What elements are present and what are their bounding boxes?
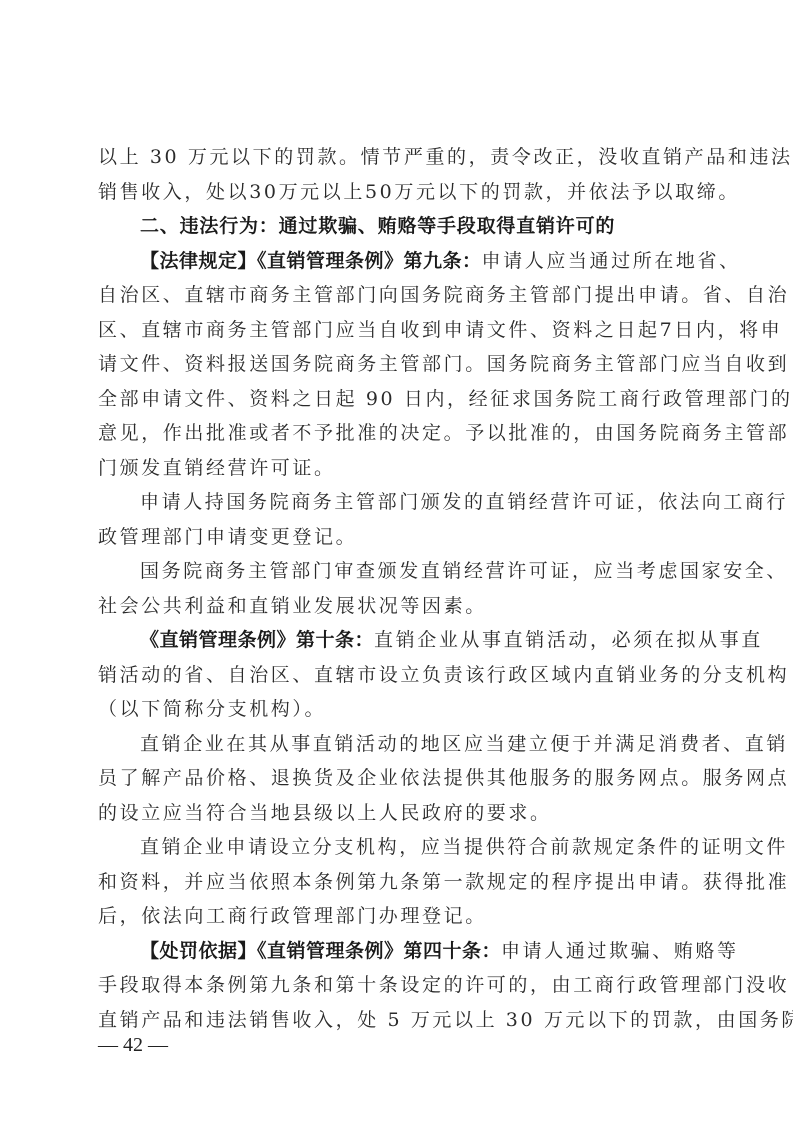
- text-line: 销售收入，处以30万元以上50万元以下的罚款，并依法予以取缔。: [98, 175, 702, 210]
- text-line: 区、直辖市商务主管部门应当自收到申请文件、资料之日起7日内，将申: [98, 313, 702, 348]
- bold-label: 【法律规定】《直销管理条例》第九条：: [140, 250, 482, 272]
- text-line: 【法律规定】《直销管理条例》第九条：申请人应当通过所在地省、: [98, 244, 702, 279]
- text-line: 自治区、直辖市商务主管部门向国务院商务主管部门提出申请。省、自治: [98, 278, 702, 313]
- text-line: （以下简称分支机构）。: [98, 692, 702, 727]
- text-line: 的设立应当符合当地县级以上人民政府的要求。: [98, 796, 702, 831]
- text-line: 请文件、资料报送国务院商务主管部门。国务院商务主管部门应当自收到: [98, 347, 702, 382]
- text-line: 【处罚依据】《直销管理条例》第四十条：申请人通过欺骗、贿赂等: [98, 934, 702, 969]
- text: 申请人通过欺骗、贿赂等: [501, 940, 739, 962]
- text-line: 以上 30 万元以下的罚款。情节严重的，责令改正，没收直销产品和违法: [98, 140, 702, 175]
- text-line: 员了解产品价格、退换货及企业依法提供其他服务的服务网点。服务网点: [98, 761, 702, 796]
- text-line: 国务院商务主管部门审查颁发直销经营许可证，应当考虑国家安全、: [98, 554, 702, 589]
- text-line: 社会公共利益和直销业发展状况等因素。: [98, 589, 702, 624]
- text-line: 手段取得本条例第九条和第十条设定的许可的，由工商行政管理部门没收: [98, 968, 702, 1003]
- text: 申请人应当通过所在地省、: [482, 250, 741, 272]
- document-page: 以上 30 万元以下的罚款。情节严重的，责令改正，没收直销产品和违法 销售收入，…: [98, 140, 702, 1037]
- text-line: 《直销管理条例》第十条：直销企业从事直销活动，必须在拟从事直: [98, 623, 702, 658]
- text-line: 销活动的省、自治区、直辖市设立负责该行政区域内直销业务的分支机构: [98, 658, 702, 693]
- section-heading: 二、违法行为：通过欺骗、贿赂等手段取得直销许可的: [98, 209, 702, 244]
- bold-label: 《直销管理条例》第十条：: [140, 629, 374, 651]
- page-number: — 42 —: [98, 1034, 168, 1057]
- text-line: 全部申请文件、资料之日起 90 日内，经征求国务院工商行政管理部门的: [98, 382, 702, 417]
- text-line: 意见，作出批准或者不予批准的决定。予以批准的，由国务院商务主管部: [98, 416, 702, 451]
- text-line: 直销企业在其从事直销活动的地区应当建立便于并满足消费者、直销: [98, 727, 702, 762]
- text: 直销企业从事直销活动，必须在拟从事直: [374, 629, 763, 651]
- text-line: 直销产品和违法销售收入，处 5 万元以上 30 万元以下的罚款，由国务院: [98, 1003, 702, 1038]
- text-line: 后，依法向工商行政管理部门办理登记。: [98, 899, 702, 934]
- text-line: 申请人持国务院商务主管部门颁发的直销经营许可证，依法向工商行: [98, 485, 702, 520]
- text-line: 政管理部门申请变更登记。: [98, 520, 702, 555]
- bold-label: 【处罚依据】《直销管理条例》第四十条：: [140, 940, 501, 962]
- text-line: 和资料，并应当依照本条例第九条第一款规定的程序提出申请。获得批准: [98, 865, 702, 900]
- text-line: 门颁发直销经营许可证。: [98, 451, 702, 486]
- text-line: 直销企业申请设立分支机构，应当提供符合前款规定条件的证明文件: [98, 830, 702, 865]
